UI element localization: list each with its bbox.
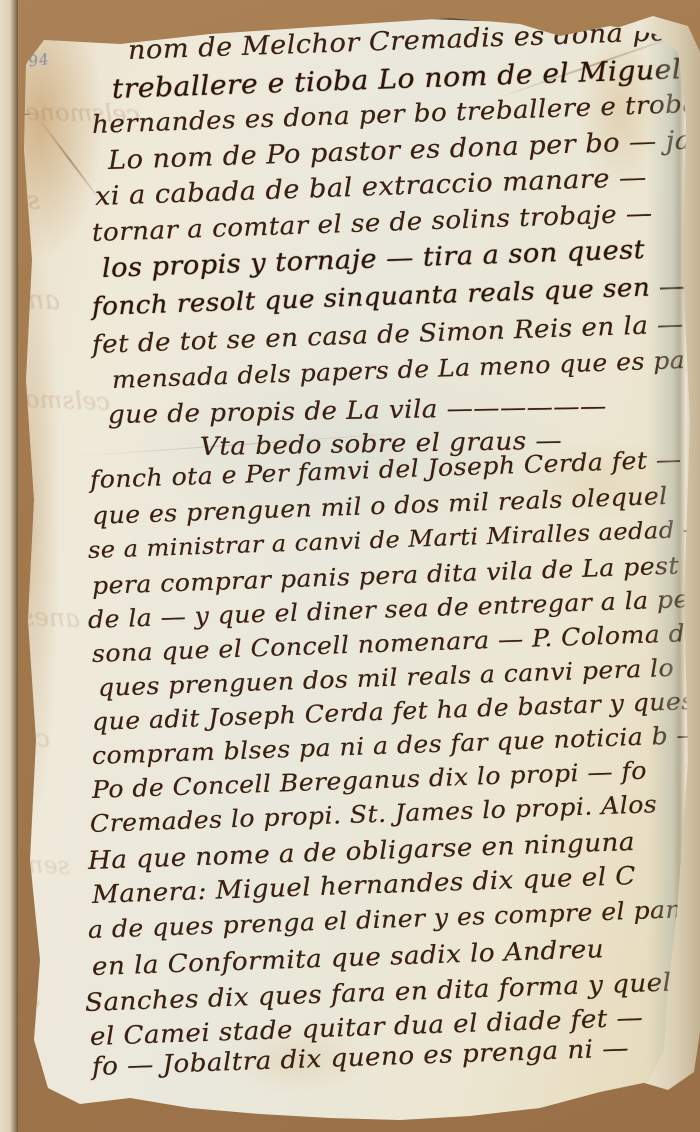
manuscript-photo: sen molls e los consell ne manar sellesc… bbox=[0, 0, 700, 1132]
manuscript-page: sen molls e los consell ne manar sellesc… bbox=[0, 0, 700, 1132]
top-margin-ink-stroke bbox=[366, 14, 488, 21]
manuscript-line: gue de propis de La vila —————— bbox=[108, 391, 607, 429]
ink-scratch bbox=[41, 122, 98, 197]
folio-number: 494 bbox=[17, 50, 51, 72]
adjacent-page-edge bbox=[0, 0, 18, 1132]
